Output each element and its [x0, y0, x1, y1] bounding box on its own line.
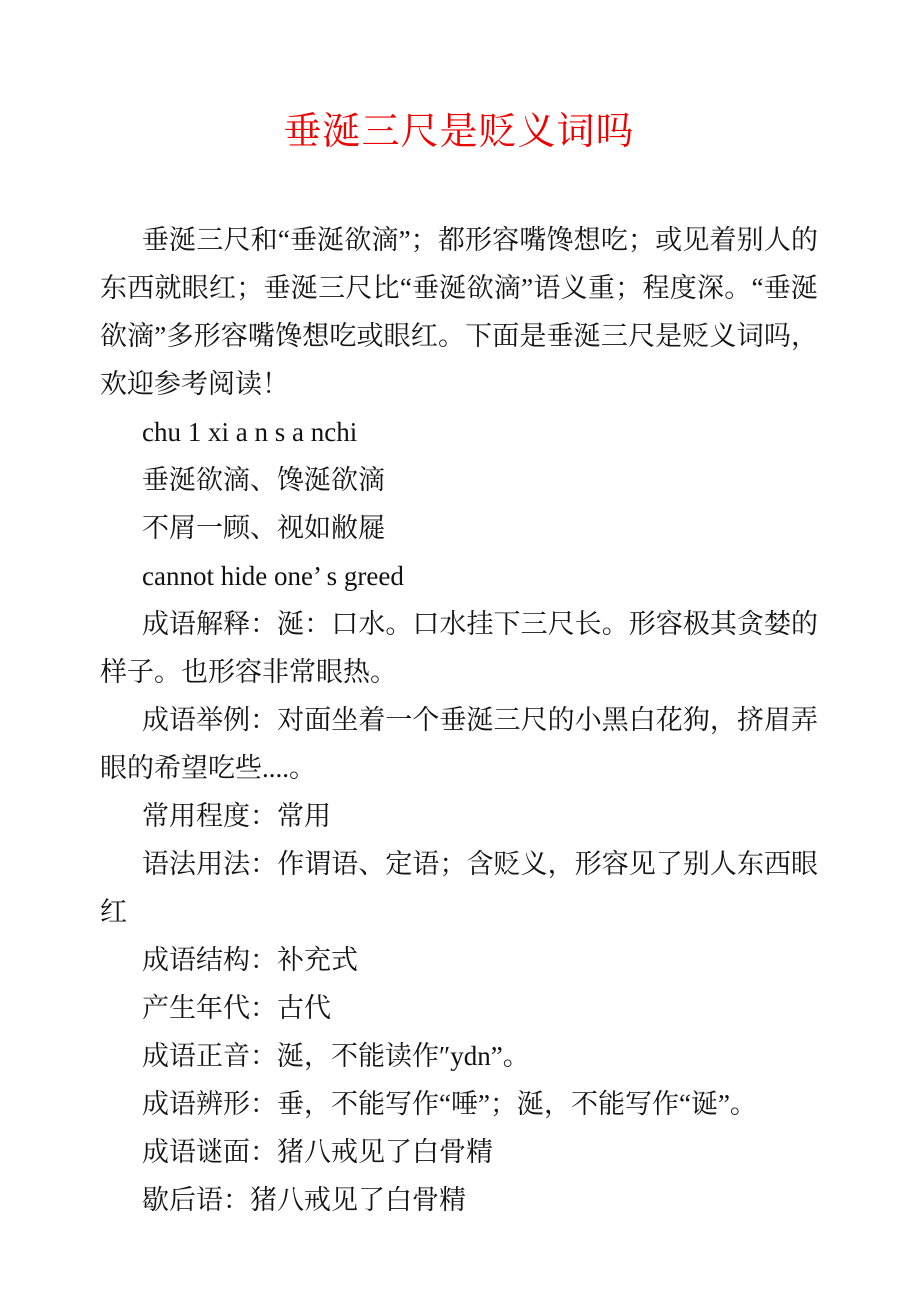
paragraph-explanation: 成语解释：涎：口水。口水挂下三尺长。形容极其贪婪的样子。也形容非常眼热。 [100, 600, 818, 696]
paragraph-writing: 成语辨形：垂，不能写作“唾”；涎，不能写作“诞”。 [100, 1080, 818, 1128]
paragraph-intro: 垂涎三尺和“垂涎欲滴”；都形容嘴馋想吃；或见着别人的东西就眼红；垂涎三尺比“垂涎… [100, 216, 818, 408]
document-title: 垂涎三尺是贬义词吗 [100, 112, 818, 152]
paragraph-xiehouyu: 歇后语：猪八戒见了白骨精 [100, 1176, 818, 1224]
paragraph-synonyms: 垂涎欲滴、馋涎欲滴 [100, 456, 818, 504]
paragraph-example: 成语举例：对面坐着一个垂涎三尺的小黑白花狗，挤眉弄眼的希望吃些....。 [100, 696, 818, 792]
paragraph-english: cannot hide one’ s greed [100, 552, 818, 600]
paragraph-pronunciation: 成语正音：涎，不能读作″ydn”。 [100, 1032, 818, 1080]
document-page: 垂涎三尺是贬义词吗 垂涎三尺和“垂涎欲滴”；都形容嘴馋想吃；或见着别人的东西就眼… [0, 0, 920, 1301]
paragraph-antonyms: 不屑一顾、视如敝屣 [100, 504, 818, 552]
paragraph-structure: 成语结构：补充式 [100, 936, 818, 984]
paragraph-frequency: 常用程度：常用 [100, 792, 818, 840]
paragraph-pinyin: chu 1 xi a n s a nchi [100, 408, 818, 456]
paragraph-riddle: 成语谜面：猪八戒见了白骨精 [100, 1128, 818, 1176]
paragraph-era: 产生年代：古代 [100, 984, 818, 1032]
paragraph-grammar: 语法用法：作谓语、定语；含贬义，形容见了别人东西眼红 [100, 840, 818, 936]
document-body: 垂涎三尺和“垂涎欲滴”；都形容嘴馋想吃；或见着别人的东西就眼红；垂涎三尺比“垂涎… [100, 216, 818, 1224]
